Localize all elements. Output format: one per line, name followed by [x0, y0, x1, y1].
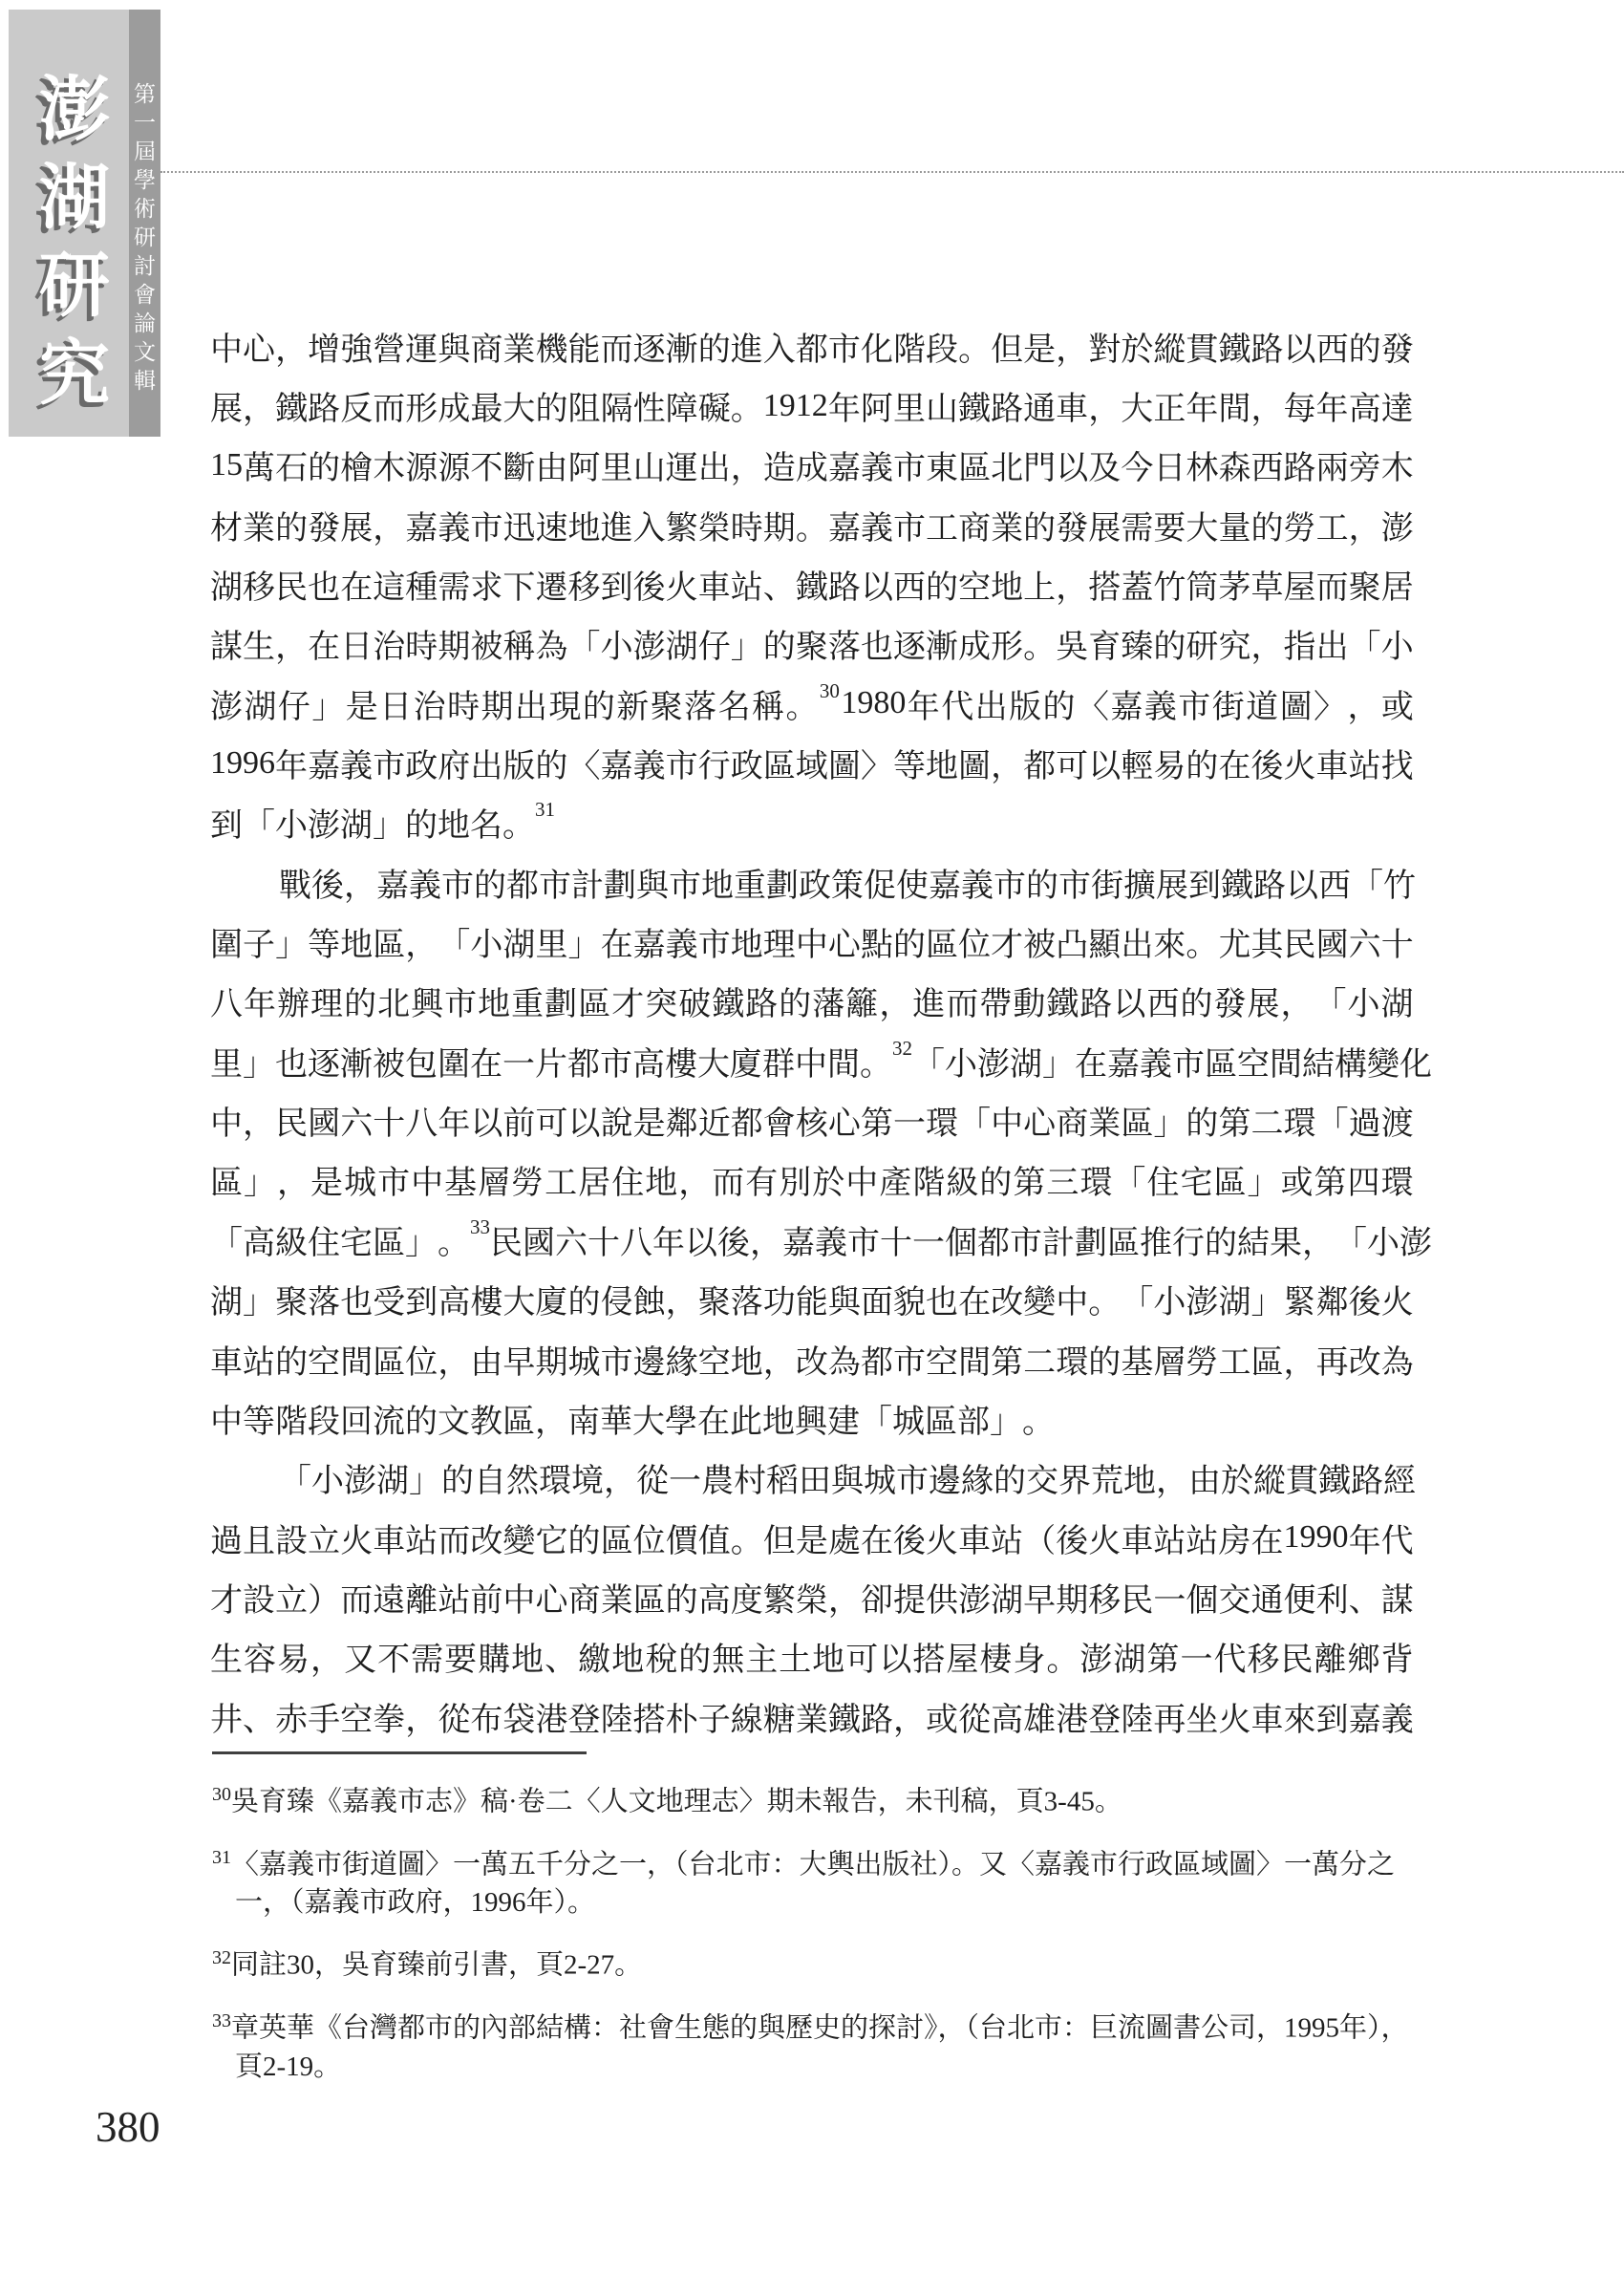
footnote-number: 32	[212, 1947, 231, 1968]
body-line: 生容易，又不需要購地、繳地稅的無主土地可以搭屋棲身。澎湖第一代移民離鄉背	[210, 1627, 1414, 1686]
series-title-char: 研	[21, 243, 128, 331]
body-line: 「高級住宅區」。33民國六十八年以後，嘉義市十一個都市計劃區推行的結果，「小澎	[210, 1210, 1414, 1269]
footnote: 30吳育臻《嘉義市志》稿·卷二〈人文地理志〉期未報告，未刊稿，頁3-45。	[212, 1775, 1444, 1821]
series-subtitle-char: 文	[129, 338, 160, 367]
body-line: 戰後，嘉義市的都市計劃與市地重劃政策促使嘉義市的市街擴展到鐵路以西「竹	[210, 852, 1414, 912]
series-subtitle-char: 學	[129, 166, 160, 195]
footnote-divider	[212, 1751, 587, 1754]
series-subtitle-vertical: 第一屆學術研討會論文輯	[129, 80, 160, 396]
body-line: 澎湖仔」是日治時期出現的新聚落名稱。301980年代出版的〈嘉義市街道圖〉，或	[210, 674, 1414, 733]
body-line: 湖」聚落也受到高樓大廈的侵蝕，聚落功能與面貌也在改變中。「小澎湖」緊鄰後火	[210, 1270, 1414, 1329]
body-line: 區」，是城市中基層勞工居住地，而有別於中產階級的第三環「住宅區」或第四環	[210, 1150, 1414, 1210]
body-line: 才設立）而遠離站前中心商業區的高度繁榮，卻提供澎湖早期移民一個交通便利、謀	[210, 1567, 1414, 1626]
footnote-line: 頁2-19。	[212, 2048, 1444, 2086]
body-text: 中心，增強營運與商業機能而逐漸的進入都市化階段。但是，對於縱貫鐵路以西的發展，鐵…	[210, 316, 1414, 1746]
footnote-line: 30吳育臻《嘉義市志》稿·卷二〈人文地理志〉期未報告，未刊稿，頁3-45。	[212, 1775, 1444, 1821]
footnotes: 30吳育臻《嘉義市志》稿·卷二〈人文地理志〉期未報告，未刊稿，頁3-45。31〈…	[212, 1775, 1444, 2103]
footnote-line: 32同註30，吳育臻前引書，頁2-27。	[212, 1939, 1444, 1985]
document-page: 澎湖研究 第一屆學術研討會論文輯 中心，增強營運與商業機能而逐漸的進入都市化階段…	[0, 0, 1624, 2277]
dotted-rule	[160, 171, 1624, 173]
footnote-ref: 32	[892, 1039, 912, 1059]
series-subtitle-char: 一	[129, 109, 160, 138]
footnote-ref: 33	[470, 1217, 490, 1237]
footnote-number: 31	[212, 1847, 231, 1868]
series-subtitle-char: 論	[129, 310, 160, 338]
series-title-vertical: 澎湖研究	[21, 67, 128, 419]
footnote-line: 31〈嘉義市街道圖〉一萬五千分之一，（台北市：大輿出版社）。又〈嘉義市行政區域圖…	[212, 1838, 1444, 1884]
series-title-char: 湖	[21, 155, 128, 243]
body-line: 謀生，在日治時期被稱為「小澎湖仔」的聚落也逐漸成形。吳育臻的研究，指出「小	[210, 614, 1414, 674]
series-subtitle-char: 術	[129, 195, 160, 224]
footnote-number: 30	[212, 1784, 231, 1805]
body-line: 過且設立火車站而改變它的區位價值。但是處在後火車站（後火車站站房在1990年代	[210, 1508, 1414, 1567]
footnote-number: 33	[212, 2010, 231, 2031]
footnote: 32同註30，吳育臻前引書，頁2-27。	[212, 1939, 1444, 1985]
footnote-ref: 31	[535, 800, 555, 820]
series-subtitle-char: 研	[129, 224, 160, 252]
body-line: 1996年嘉義市政府出版的〈嘉義市行政區域圖〉等地圖，都可以輕易的在後火車站找	[210, 733, 1414, 792]
body-line: 「小澎湖」的自然環境，從一農村稻田與城市邊緣的交界荒地，由於縱貫鐵路經	[210, 1449, 1414, 1508]
body-line: 湖移民也在這種需求下遷移到後火車站、鐵路以西的空地上，搭蓋竹筒茅草屋而聚居	[210, 554, 1414, 613]
series-title-char: 澎	[21, 67, 128, 155]
series-title-char: 究	[21, 331, 128, 419]
body-line: 八年辦理的北興市地重劃區才突破鐵路的藩籬，進而帶動鐵路以西的發展，「小湖	[210, 972, 1414, 1031]
series-subtitle-char: 第	[129, 80, 160, 109]
series-subtitle-char: 輯	[129, 367, 160, 396]
body-line: 圍子」等地區，「小湖里」在嘉義市地理中心點的區位才被凸顯出來。尤其民國六十	[210, 912, 1414, 971]
footnote-line: 一，（嘉義市政府，1996年）。	[212, 1883, 1444, 1922]
body-line: 材業的發展，嘉義市迅速地進入繁榮時期。嘉義市工商業的發展需要大量的勞工，澎	[210, 495, 1414, 554]
body-line: 井、赤手空拳，從布袋港登陸搭朴子線糖業鐵路，或從高雄港登陸再坐火車來到嘉義	[210, 1686, 1414, 1746]
body-line: 15萬石的檜木源源不斷由阿里山運出，造成嘉義市東區北門以及今日林森西路兩旁木	[210, 436, 1414, 495]
body-line: 中等階段回流的文教區，南華大學在此地興建「城區部」。	[210, 1388, 1414, 1448]
footnote-line: 33章英華《台灣都市的內部結構：社會生態的與歷史的探討》，（台北市：巨流圖書公司…	[212, 2002, 1444, 2048]
body-line: 中，民國六十八年以前可以說是鄰近都會核心第一環「中心商業區」的第二環「過渡	[210, 1090, 1414, 1149]
page-number: 380	[96, 2102, 160, 2152]
series-subtitle-char: 屆	[129, 138, 160, 166]
body-line: 到「小澎湖」的地名。31	[210, 793, 1414, 852]
body-line: 展，鐵路反而形成最大的阻隔性障礙。1912年阿里山鐵路通車，大正年間，每年高達	[210, 376, 1414, 435]
footnote: 33章英華《台灣都市的內部結構：社會生態的與歷史的探討》，（台北市：巨流圖書公司…	[212, 2002, 1444, 2086]
body-line: 車站的空間區位，由早期城市邊緣空地，改為都市空間第二環的基層勞工區，再改為	[210, 1329, 1414, 1388]
footnote: 31〈嘉義市街道圖〉一萬五千分之一，（台北市：大輿出版社）。又〈嘉義市行政區域圖…	[212, 1838, 1444, 1923]
footnote-ref: 30	[820, 681, 840, 701]
body-line: 中心，增強營運與商業機能而逐漸的進入都市化階段。但是，對於縱貫鐵路以西的發	[210, 316, 1414, 376]
series-subtitle-char: 會	[129, 281, 160, 310]
series-subtitle-char: 討	[129, 252, 160, 281]
body-line: 里」也逐漸被包圍在一片都市高樓大廈群中間。32「小澎湖」在嘉義市區空間結構變化	[210, 1031, 1414, 1090]
